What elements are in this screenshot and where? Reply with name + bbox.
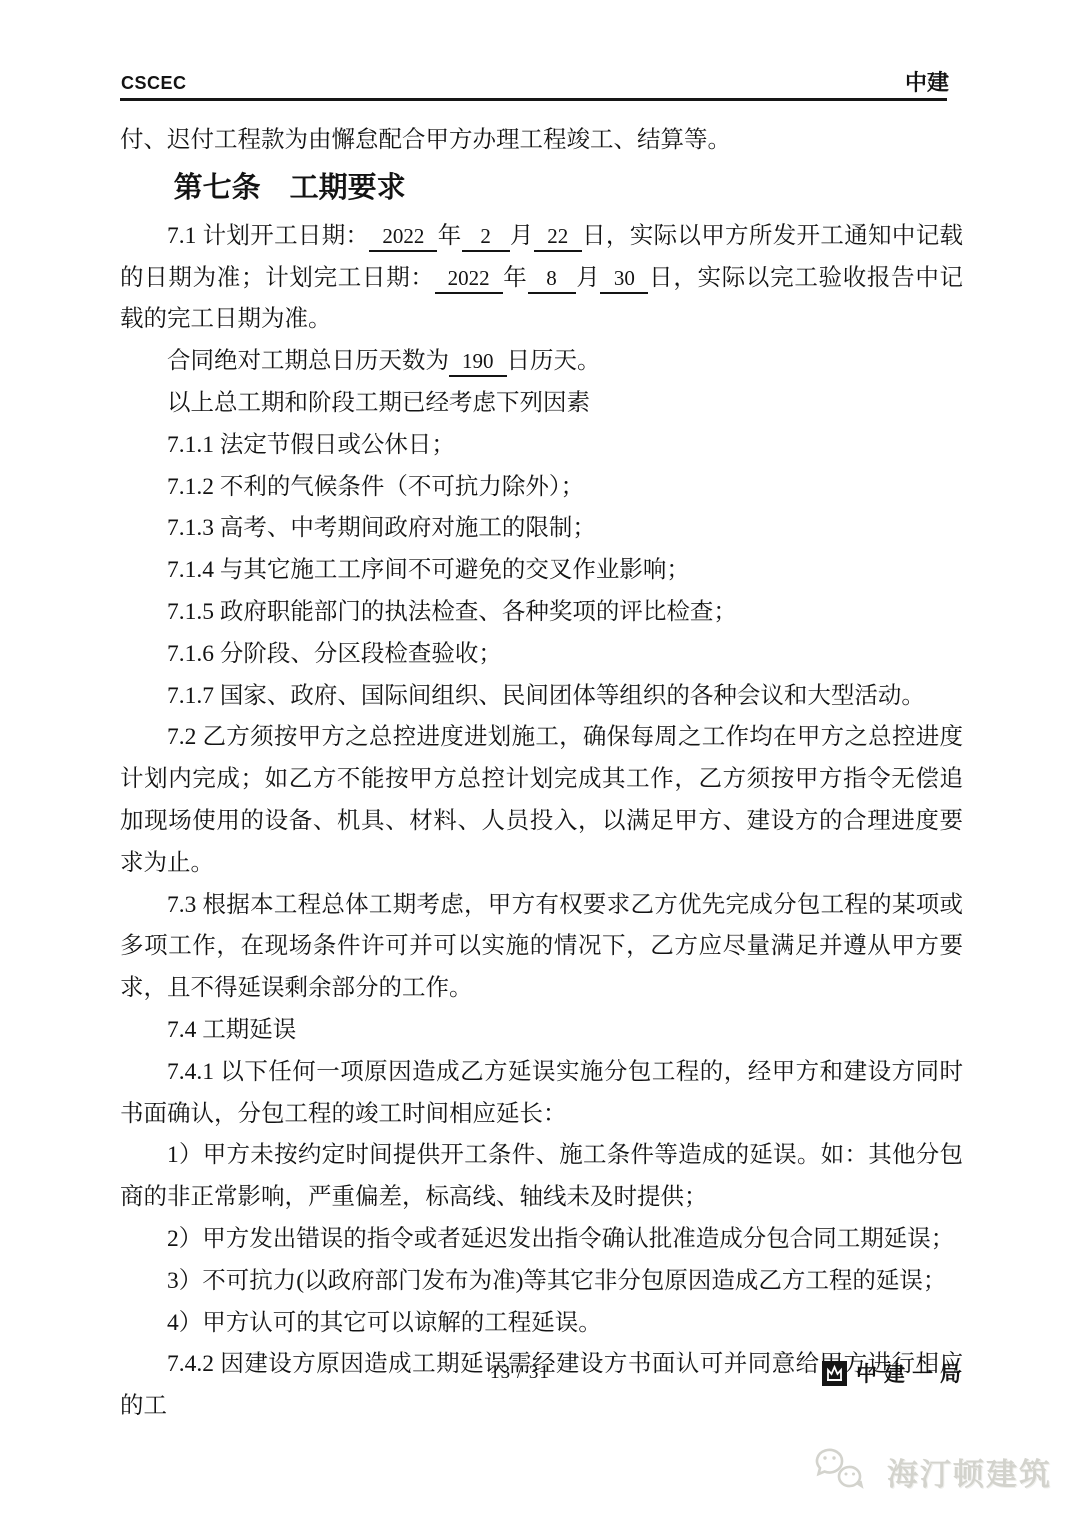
contract-paragraph: 7.1.5 政府职能部门的执法检查、各种奖项的评比检查； <box>120 592 963 634</box>
contract-page: CSCEC 中建 付、迟付工程款为由懈怠配合甲方办理工程竣工、结算等。第七条 工… <box>0 0 1080 1527</box>
fill-in-blank: 8 <box>528 265 576 294</box>
section-heading: 第七条 工期要求 <box>120 166 963 210</box>
contract-paragraph: 2）甲方发出错误的指令或者延迟发出指令确认批准造成分包合同工期延误； <box>120 1219 963 1261</box>
cscec-logo-icon <box>822 1361 847 1386</box>
contract-paragraph: 7.1.3 高考、中考期间政府对施工的限制； <box>120 508 963 550</box>
contract-paragraph: 7.1.1 法定节假日或公休日； <box>120 425 963 467</box>
fill-in-blank: 22 <box>534 223 582 252</box>
contract-paragraph: 合同绝对工期总日历天数为190日历天。 <box>120 341 963 383</box>
document-body: 付、迟付工程款为由懈怠配合甲方办理工程竣工、结算等。第七条 工期要求7.1 计划… <box>120 120 963 1428</box>
contract-paragraph: 1）甲方未按约定时间提供开工条件、施工条件等造成的延误。如：其他分包商的非正常影… <box>120 1135 963 1219</box>
contract-paragraph: 7.4 工期延误 <box>120 1010 963 1052</box>
contract-paragraph: 7.2 乙方须按甲方之总控进度进划施工，确保每周之工作均在甲方之总控进度计划内完… <box>120 717 963 884</box>
header-brand-text: 中建 <box>905 66 949 97</box>
contract-paragraph: 4）甲方认可的其它可以谅解的工程延误。 <box>120 1303 963 1345</box>
footer-brand-label: 中建一局 <box>856 1358 968 1388</box>
contract-paragraph: 7.1.2 不利的气候条件（不可抗力除外）； <box>120 467 963 509</box>
contract-paragraph: 以上总工期和阶段工期已经考虑下列因素 <box>120 383 963 425</box>
fill-in-blank: 2 <box>462 223 510 252</box>
contract-paragraph: 7.3 根据本工程总体工期考虑，甲方有权要求乙方优先完成分包工程的某项或多项工作… <box>120 885 963 1010</box>
contract-paragraph: 7.4.1 以下任何一项原因造成乙方延误实施分包工程的，经甲方和建设方同时书面确… <box>120 1052 963 1136</box>
watermark-label: 海汀顿建筑 <box>887 1449 1052 1494</box>
watermark: 海汀顿建筑 <box>815 1444 1052 1499</box>
header-cscec-text: CSCEC <box>121 73 187 94</box>
contract-paragraph: 付、迟付工程款为由懈怠配合甲方办理工程竣工、结算等。 <box>120 120 963 162</box>
contract-paragraph: 7.1.6 分阶段、分区段检查验收； <box>120 634 963 676</box>
header-rule <box>120 98 947 101</box>
fill-in-blank: 30 <box>600 265 648 294</box>
contract-paragraph: 3）不可抗力(以政府部门发布为准)等其它非分包原因造成乙方工程的延误； <box>120 1261 963 1303</box>
fill-in-blank: 2022 <box>369 223 437 252</box>
footer-brand: 中建一局 <box>822 1358 968 1388</box>
contract-paragraph: 7.1.7 国家、政府、国际间组织、民间团体等组织的各种会议和大型活动。 <box>120 676 963 718</box>
fill-in-blank: 2022 <box>435 265 503 294</box>
fill-in-blank: 190 <box>449 348 507 377</box>
contract-paragraph: 7.1 计划开工日期：2022年2月22日，实际以甲方所发开工通知中记载的日期为… <box>120 216 963 341</box>
contract-paragraph: 7.1.4 与其它施工工序间不可避免的交叉作业影响； <box>120 550 963 592</box>
wechat-icon <box>815 1444 879 1499</box>
